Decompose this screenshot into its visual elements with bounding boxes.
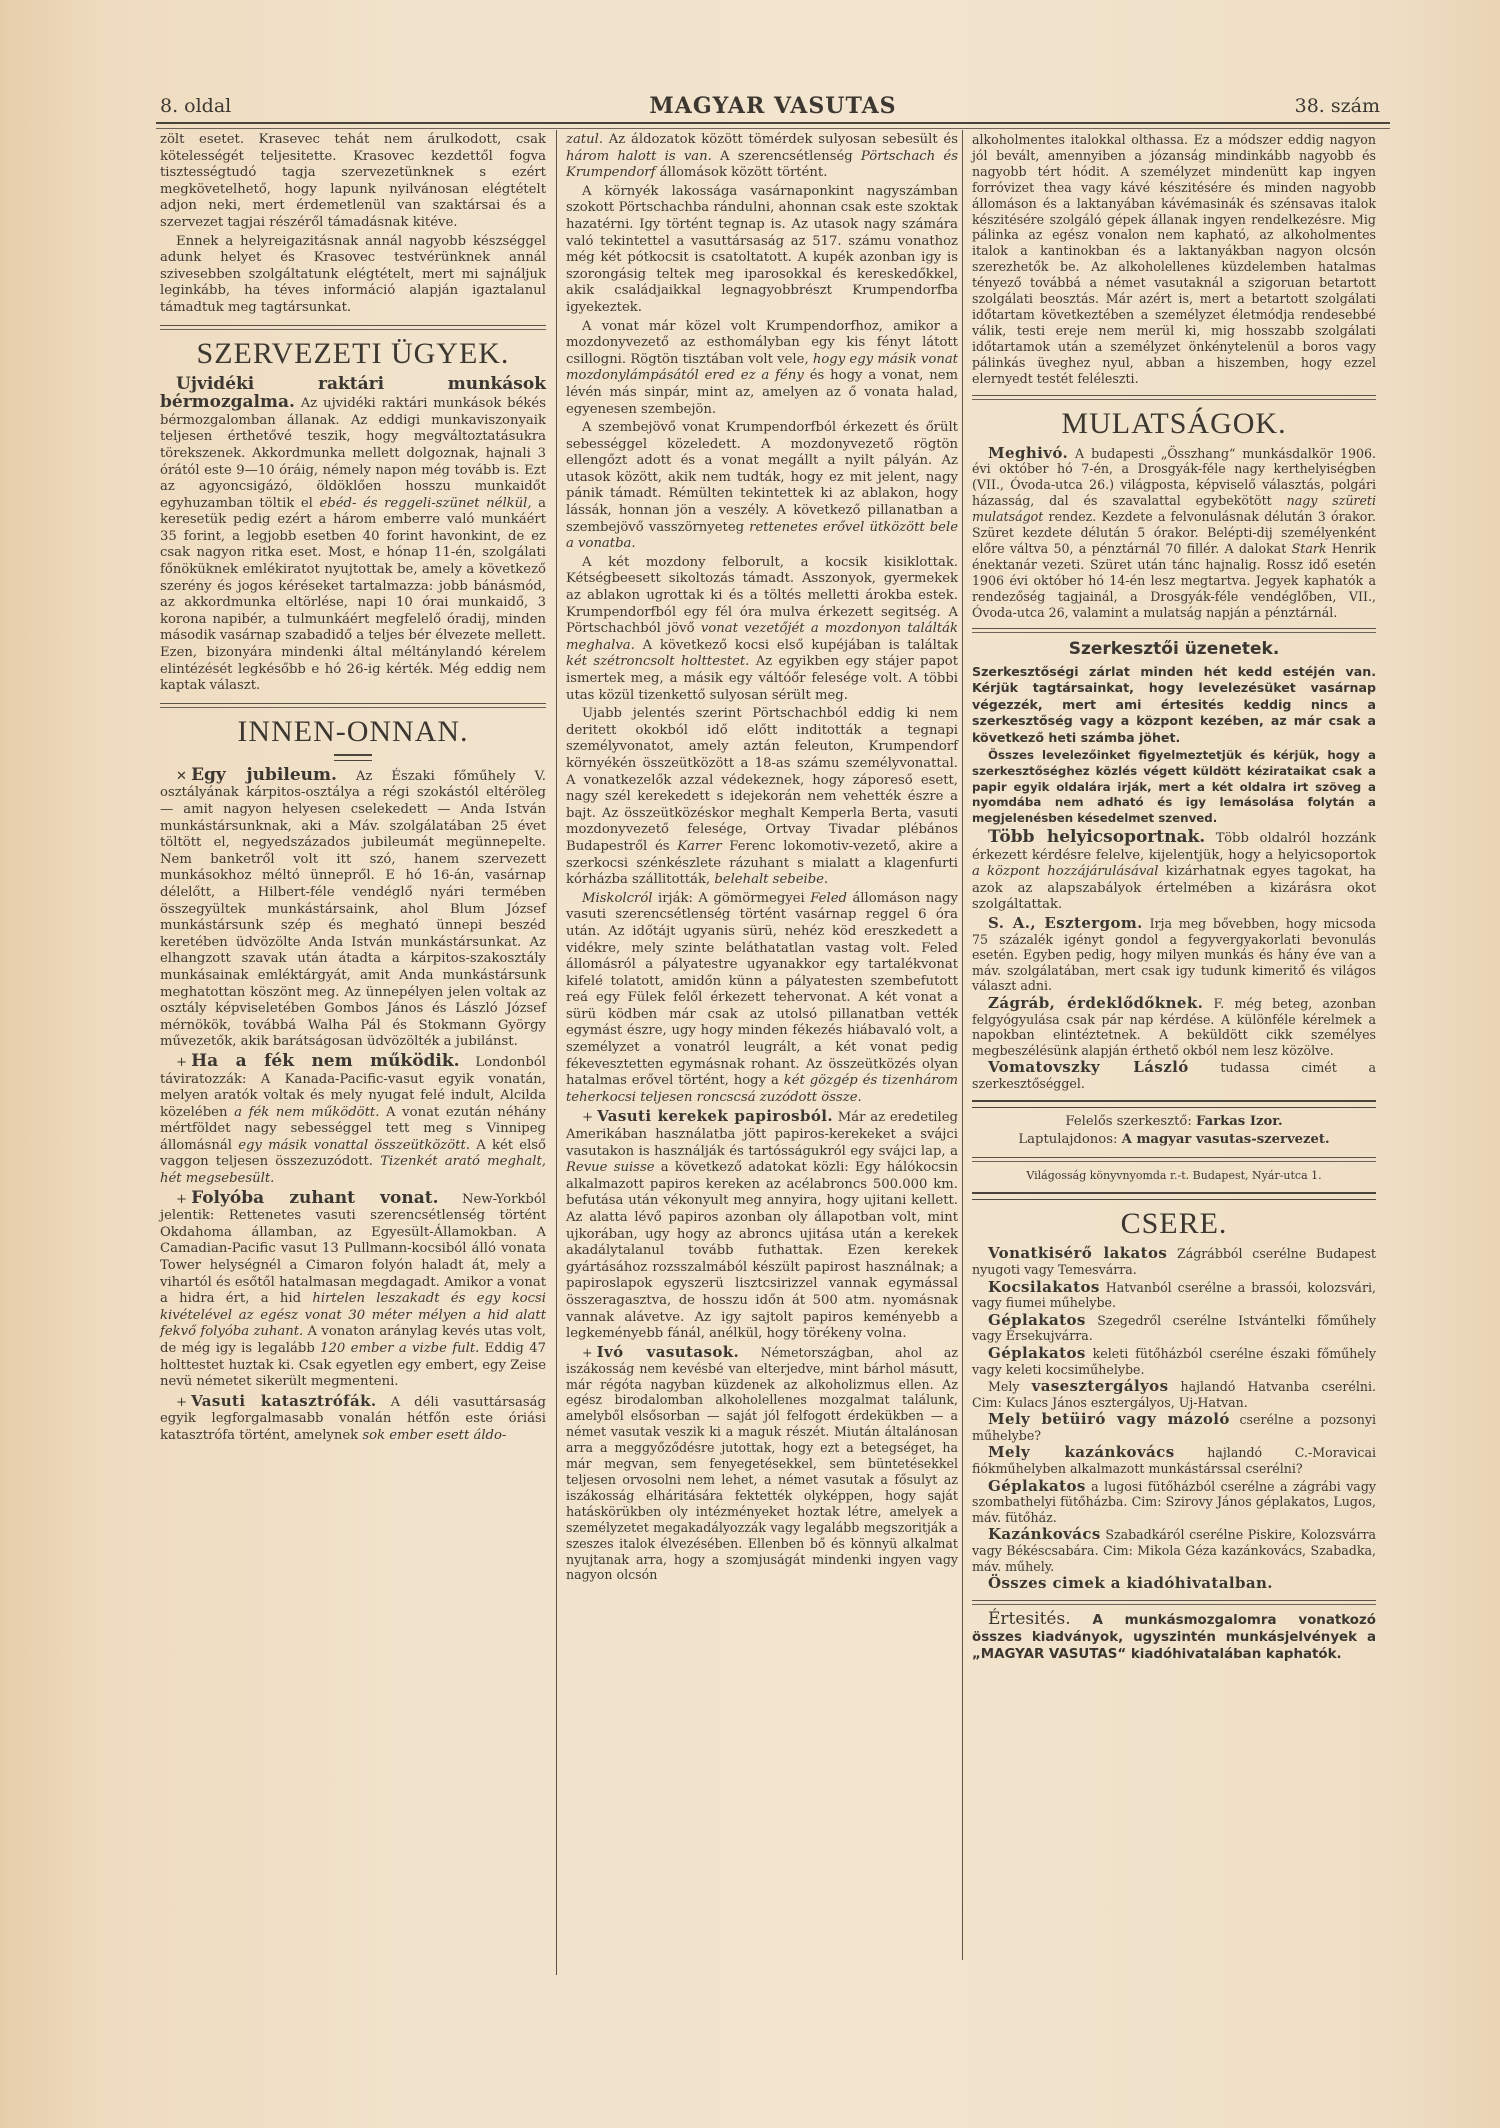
article-ujvideki: Ujvidéki raktári munkások bérmozgalma. A… — [160, 376, 546, 695]
notice-ertesites: Értesités. A munkásmozgalomra vonatkozó … — [972, 1611, 1376, 1663]
cross-mark-icon: ✕ — [176, 769, 187, 784]
section-divider — [160, 703, 546, 708]
article-papiros-kerekek: +Vasuti kerekek papirosból. Már az erede… — [566, 1108, 958, 1342]
exchange-item: Mely kazánkovács hajlandó C.-Moravicai f… — [972, 1445, 1376, 1476]
article-headline: Folyóba zuhant vonat. — [191, 1188, 438, 1208]
imprint-printer: Világosság könyvnyomda r.-t. Budapest, N… — [972, 1168, 1376, 1185]
column-divider — [962, 130, 963, 1960]
imprint-owner: Laptulajdonos: A magyar vasutas-szerveze… — [972, 1132, 1376, 1149]
exchange-item: Géplakatos Szegedről cserélne Istvántelk… — [972, 1313, 1376, 1344]
plus-mark-icon: + — [582, 1345, 593, 1360]
message-headline: Vomatovszky László — [988, 1058, 1189, 1076]
imprint-divider — [972, 1192, 1376, 1200]
article-headline: Meghivó. — [988, 444, 1068, 462]
column-middle: zatul. Az áldozatok között tömérdek suly… — [566, 132, 958, 1585]
article-headline: Ivó vasutasok. — [597, 1343, 740, 1361]
paragraph: Ujabb jelentés szerint Pörtschachból edd… — [566, 706, 958, 889]
editor-warning: Összes levelezőinket figyelmeztetjük és … — [972, 748, 1376, 827]
article-headline: Ha a fék nem működik. — [191, 1051, 460, 1071]
paragraph: alkoholmentes italokkal olthassa. Ez a m… — [972, 132, 1376, 387]
article-headline: Vasuti katasztrófák. — [191, 1392, 376, 1410]
message-headline: S. A., Esztergom. — [988, 914, 1143, 932]
imprint-divider — [972, 1157, 1376, 1162]
exchange-list: Vonatkisérő lakatos Zágrábból cserélne B… — [972, 1246, 1376, 1591]
plus-mark-icon: + — [176, 1395, 187, 1410]
column-right: alkoholmentes italokkal olthassa. Ez a m… — [972, 132, 1376, 1665]
article-ivo-vasutasok: +Ivó vasutasok. Németországban, ahol az … — [566, 1345, 958, 1584]
masthead-rule — [156, 122, 1390, 129]
issue-number: 38. szám — [1295, 95, 1380, 117]
message-esztergom: S. A., Esztergom. Irja meg bővebben, hog… — [972, 916, 1376, 994]
paragraph: A környék lakossága vasárnaponkint nagys… — [566, 184, 958, 317]
paragraph: A vonat már közel volt Krumpendorfhoz, a… — [566, 319, 958, 419]
exchange-item: Mely vasesztergályos hajlandó Hatvanba c… — [972, 1379, 1376, 1410]
paragraph: Miskolcról irják: A gömörmegyei Feled ál… — [566, 891, 958, 1107]
paragraph: A két mozdony felborult, a kocsik kisikl… — [566, 555, 958, 704]
section-title-szervezeti: SZERVEZETI ÜGYEK. — [160, 336, 546, 372]
plus-mark-icon: + — [176, 1192, 187, 1207]
newspaper-page: 8. oldal MAGYAR VASUTAS 38. szám zölt es… — [0, 0, 1500, 2128]
imprint-editor: Felelős szerkesztő: Farkas Izor. — [972, 1114, 1376, 1131]
exchange-footer: Összes cimek a kiadóhivatalban. — [972, 1576, 1376, 1592]
section-title-innen-onnan: INNEN-ONNAN. — [160, 714, 546, 750]
article-folyoba: +Folyóba zuhant vonat. New-Yorkból jelen… — [160, 1190, 546, 1391]
paragraph: zölt esetet. Krasevec tehát nem árulkodo… — [160, 132, 546, 232]
paragraph: Ennek a helyreigazitásnak annál nagyobb … — [160, 234, 546, 317]
message-headline: Zágráb, érdeklődőknek. — [988, 994, 1203, 1012]
exchange-item: Géplakatos a lugosi fütőházból cserélne … — [972, 1479, 1376, 1526]
article-fek: +Ha a fék nem működik. Londonból távirat… — [160, 1053, 546, 1188]
section-divider — [972, 395, 1376, 400]
plus-mark-icon: + — [176, 1055, 187, 1070]
exchange-item: Kazánkovács Szabadkáról cserélne Piskire… — [972, 1527, 1376, 1574]
section-title-szerkesztoi: Szerkesztői üzenetek. — [972, 641, 1376, 658]
ornament-rule — [334, 754, 372, 761]
column-divider — [556, 130, 557, 1975]
newspaper-title: MAGYAR VASUTAS — [156, 93, 1390, 119]
exchange-item: Mely betüiró vagy mázoló cserélne a pozs… — [972, 1412, 1376, 1443]
editor-notice: Szerkesztőségi zárlat minden hét kedd es… — [972, 664, 1376, 746]
article-katasztrofak: +Vasuti katasztrófák. A déli vasuttársas… — [160, 1393, 546, 1445]
column-left: zölt esetet. Krasevec tehát nem árulkodo… — [160, 132, 546, 1447]
imprint-divider — [972, 1100, 1376, 1108]
paragraph: zatul. Az áldozatok között tömérdek suly… — [566, 132, 958, 182]
section-divider — [972, 628, 1376, 633]
paragraph: A szembejövő vonat Krumpendorfból érkeze… — [566, 420, 958, 553]
article-meghivo: Meghivó. A budapesti „Összhang“ munkásda… — [972, 446, 1376, 621]
article-headline: Egy jubileum. — [191, 765, 337, 785]
exchange-item: Vonatkisérő lakatos Zágrábból cserélne B… — [972, 1246, 1376, 1277]
exchange-item: Kocsilakatos Hatvanból cserélne a brassó… — [972, 1280, 1376, 1311]
section-title-mulatsagok: MULATSÁGOK. — [972, 406, 1376, 442]
message-zagrab: Zágráb, érdeklődőknek. F. még beteg, azo… — [972, 996, 1376, 1058]
exchange-item: Géplakatos keleti fütőházból cserélne és… — [972, 1346, 1376, 1377]
plus-mark-icon: + — [582, 1110, 593, 1125]
section-title-csere: CSERE. — [972, 1206, 1376, 1242]
message-vomatovszky: Vomatovszky László tudassa cimét a szerk… — [972, 1060, 1376, 1091]
notice-headline: Értesités. — [988, 1609, 1071, 1629]
section-divider — [160, 325, 546, 330]
message-headline: Több helyicsoportnak. — [988, 827, 1205, 847]
article-jubileum: ✕Egy jubileum. Az Északi főműhely V. osz… — [160, 767, 546, 1051]
section-divider — [972, 1600, 1376, 1605]
article-headline: Vasuti kerekek papirosból. — [597, 1107, 833, 1125]
masthead: 8. oldal MAGYAR VASUTAS 38. szám — [156, 95, 1390, 121]
message-helyicsoport: Több helyicsoportnak. Több oldalról hozz… — [972, 829, 1376, 914]
